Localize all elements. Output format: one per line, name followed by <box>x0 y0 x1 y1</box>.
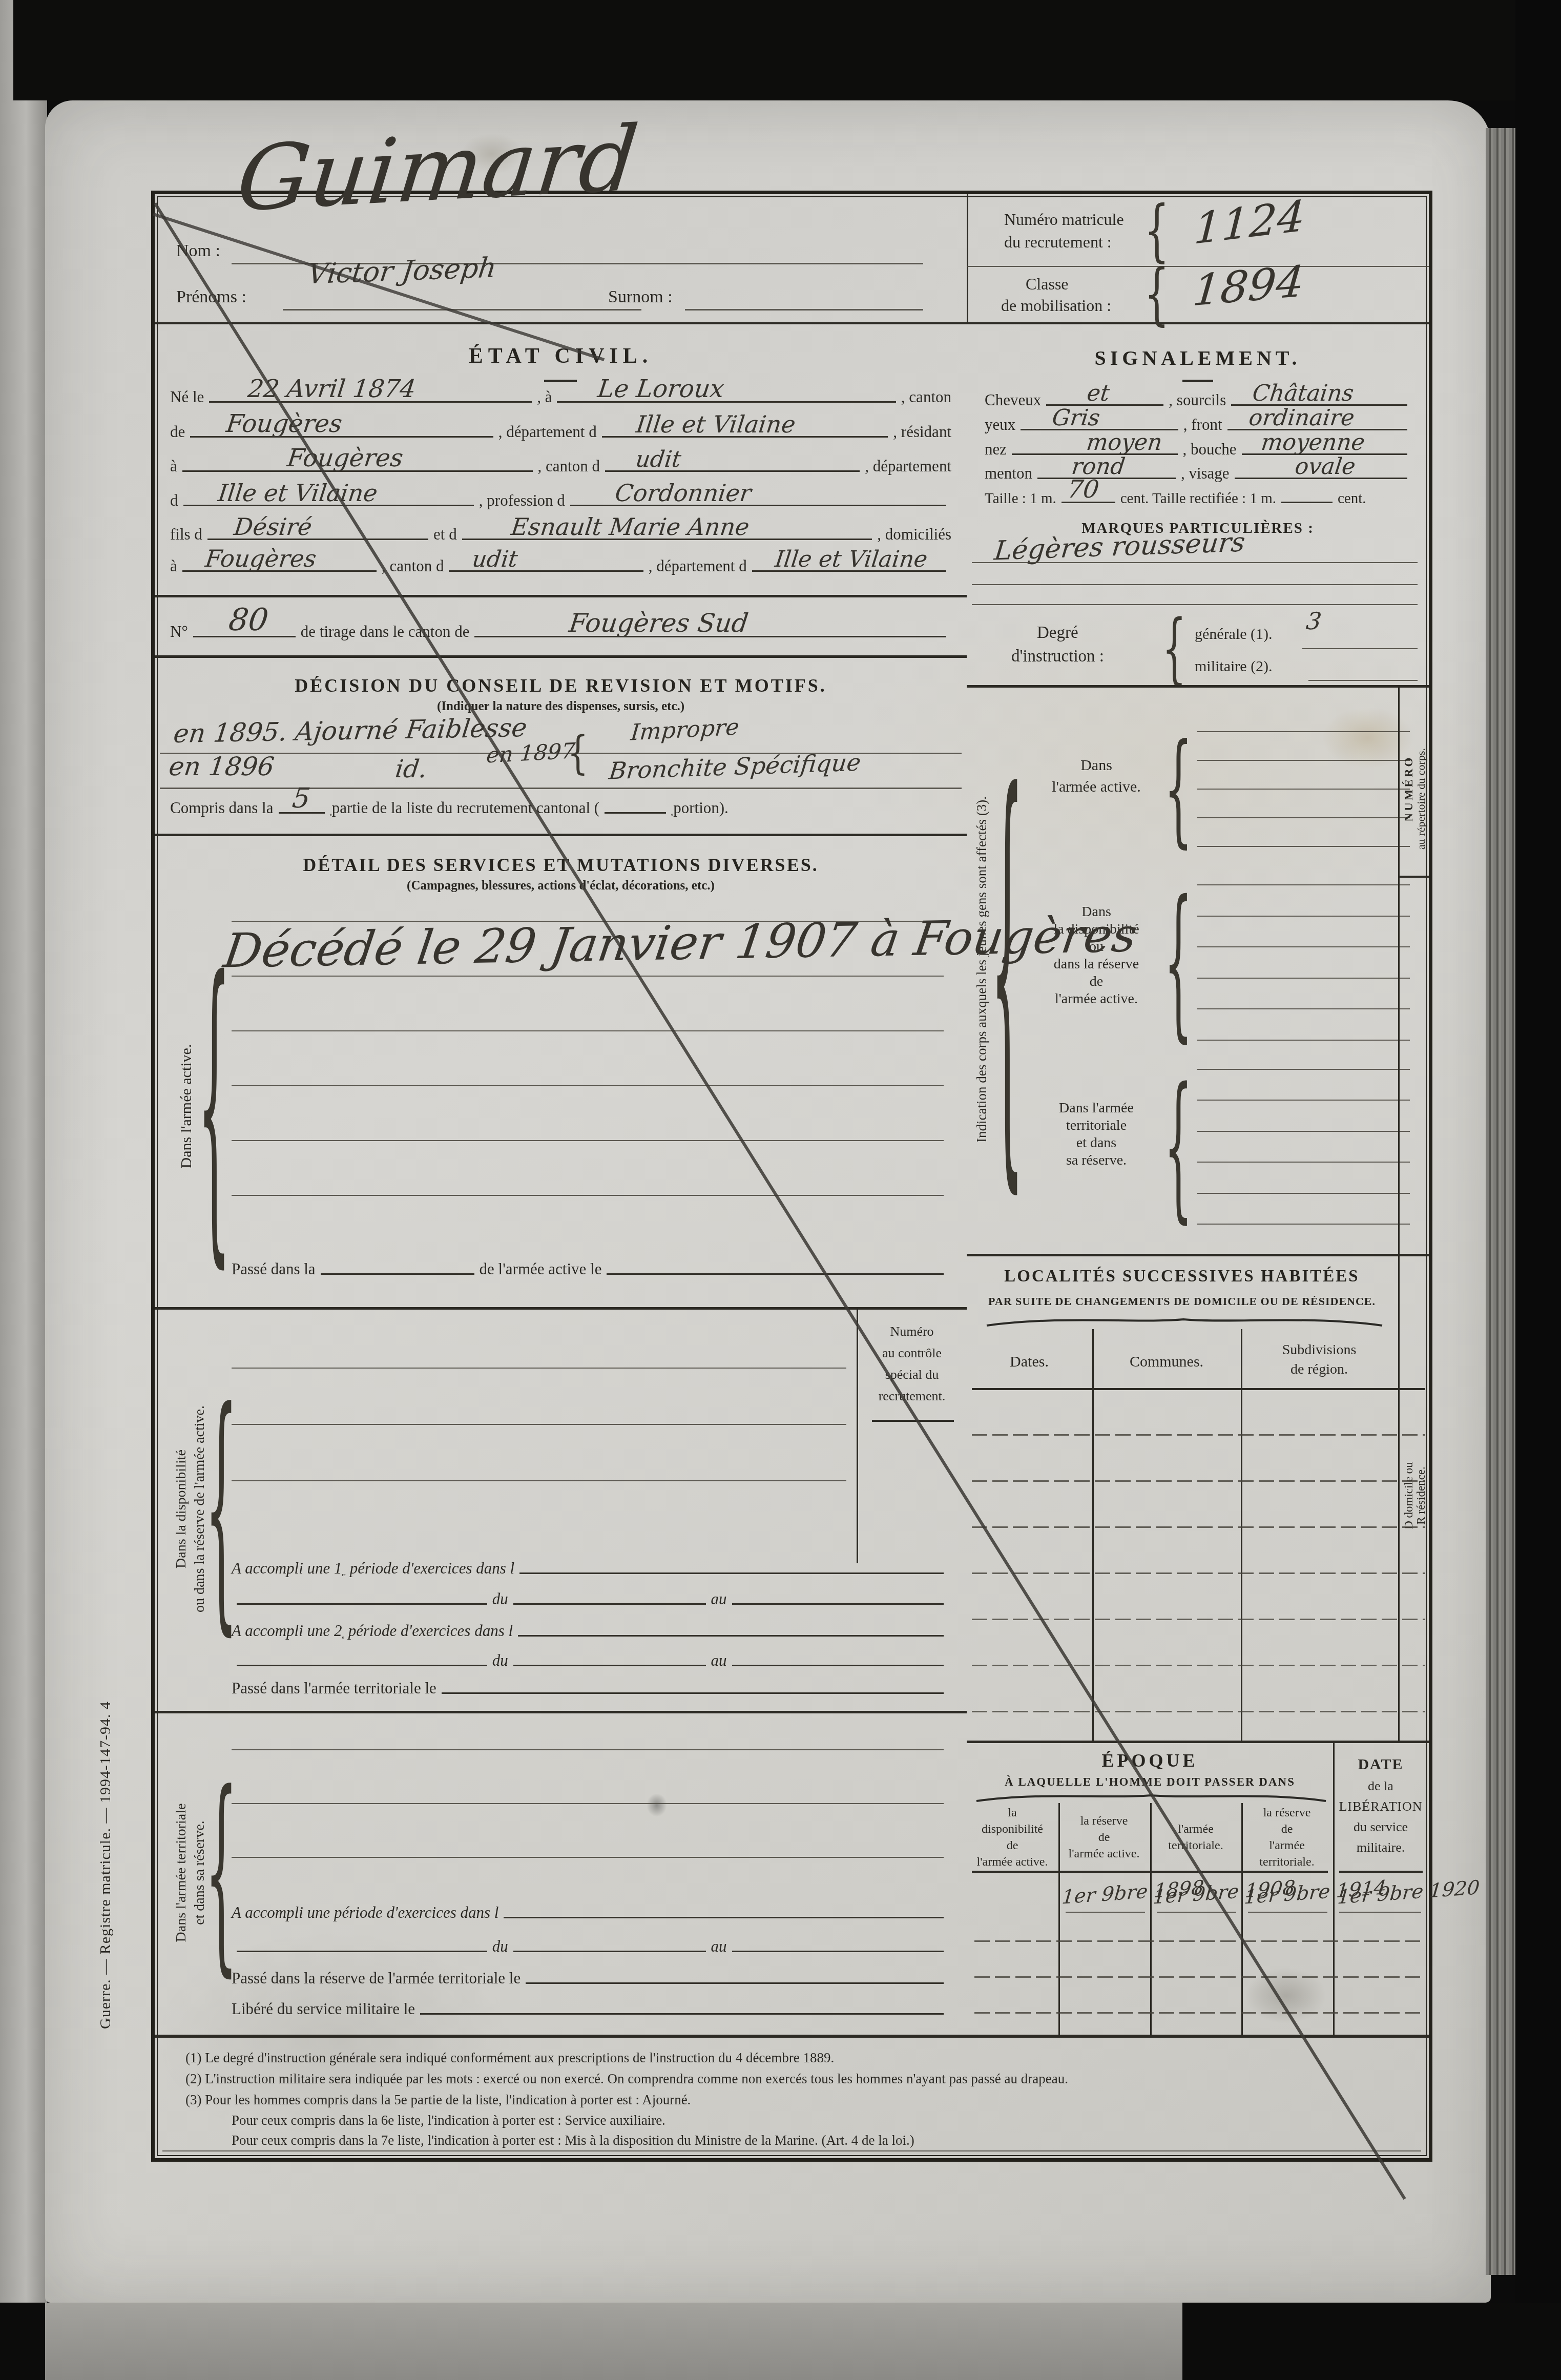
decision-subtitle: (Indiquer la nature des dispenses, sursi… <box>155 699 967 714</box>
brace-icon: { <box>1164 1067 1193 1225</box>
date-col-header: LIBÉRATION <box>1339 1799 1422 1814</box>
corps-line <box>1197 1224 1410 1225</box>
epoque-col-header: la réserve <box>1080 1814 1128 1828</box>
section-rule <box>155 655 967 658</box>
periode1-row: A accompli une 1re période d'exercices d… <box>232 1552 949 1578</box>
field-label: yeux <box>985 416 1015 434</box>
signalement-title: SIGNALEMENT. <box>967 346 1429 370</box>
field-label: au <box>711 1590 727 1608</box>
date-col-header: militaire. <box>1357 1840 1405 1855</box>
scanned-register-page: { "colors":{"paper":"#d3d2ce","printed_i… <box>0 0 1561 2380</box>
corps-line <box>1197 1040 1410 1041</box>
footnote: (3) Pour les hommes compris dans la 5e p… <box>185 2092 1405 2107</box>
epoque-row-line <box>974 2012 1421 2014</box>
services-title: DÉTAIL DES SERVICES ET MUTATIONS DIVERSE… <box>155 854 967 876</box>
corps-line <box>1197 1100 1410 1101</box>
footnote: Pour ceux compris dans la 7e liste, l'in… <box>232 2133 1405 2148</box>
superscript: re <box>342 1572 346 1578</box>
field-value: moyen <box>1085 429 1163 456</box>
localites-subtitle: PAR SUITE DE CHANGEMENTS DE DOMICILE OU … <box>967 1295 1397 1308</box>
field-line: Fougères <box>190 431 493 438</box>
etat-civil-row: Né le 22 Avril 1874 , à Le Loroux , cant… <box>170 378 951 406</box>
field-label: et d <box>433 526 457 544</box>
header-divider <box>967 194 968 323</box>
field-label: , canton d <box>382 557 444 575</box>
generale-line <box>1302 648 1418 649</box>
brace-icon: { <box>567 731 588 776</box>
field-value: Cordonnier <box>614 479 753 507</box>
field-line: 80 <box>193 631 296 637</box>
field-line <box>513 1598 706 1605</box>
field-label: , département d <box>498 423 597 441</box>
field-line: udit <box>605 465 860 472</box>
surnom-line <box>685 309 923 311</box>
footnote: Pour ceux compris dans la 6e liste, l'in… <box>232 2113 1405 2128</box>
field-label: Cheveux <box>985 391 1041 409</box>
decision-title: DÉCISION DU CONSEIL DE REVISION ET MOTIF… <box>155 675 967 696</box>
field-label: , département <box>865 458 951 475</box>
field-line <box>237 1598 487 1605</box>
g3-label: sa réserve. <box>1066 1152 1127 1168</box>
field-line: Le Loroux <box>557 396 896 403</box>
field-value: 80 <box>226 602 270 638</box>
field-label: période d'exercices dans l <box>346 1560 514 1578</box>
field-line <box>518 1630 944 1637</box>
corps-line <box>1197 1162 1410 1163</box>
brace-icon: { <box>991 744 1024 1195</box>
field-line: Ille et Vilaine <box>183 500 474 506</box>
field-line <box>607 1268 944 1275</box>
generale-value: 3 <box>1305 607 1323 635</box>
field-line: 70 <box>1062 496 1115 503</box>
field-label: , résidant <box>893 423 951 441</box>
epoque-col-header: l'armée active. <box>1069 1847 1140 1861</box>
localites-row-line <box>972 1526 1425 1528</box>
book-spine-edge <box>0 0 47 2380</box>
matricule-label: Numéro matricule <box>1004 211 1124 229</box>
field-label: d <box>170 492 178 510</box>
field-value: Fougères Sud <box>567 608 750 638</box>
field-line <box>504 1912 944 1918</box>
dispo-side-label: Dans la disponibilité <box>173 1450 190 1568</box>
field-label: à <box>170 557 177 575</box>
epoque-col-header: la <box>1008 1806 1016 1820</box>
field-label: Taille : 1 m. <box>985 490 1056 507</box>
services-subtitle: (Campagnes, blessures, actions d'éclat, … <box>155 879 967 893</box>
field-line <box>605 807 666 814</box>
numero-repertoire-label: NUMÉRO <box>1402 756 1416 822</box>
corps-line <box>1197 1008 1410 1009</box>
localites-row-line <box>972 1711 1425 1712</box>
du-au-row: du au <box>232 1645 949 1670</box>
field-label: cent. <box>1338 490 1366 507</box>
epoque-col-header: l'armée <box>1269 1839 1305 1853</box>
epoque-col-header: l'armée active. <box>977 1855 1048 1869</box>
date-col-header: DATE <box>1358 1756 1403 1773</box>
field-line: Esnault Marie Anne <box>462 533 872 540</box>
field-label: au <box>711 1938 727 1956</box>
field-value: Ille et Vilaine <box>634 410 797 438</box>
corps-line <box>1197 817 1410 818</box>
field-line <box>513 1660 706 1666</box>
field-value: Ille et Vilaine <box>774 546 929 572</box>
field-line: ovale <box>1235 472 1407 479</box>
field-value: udit <box>634 446 683 472</box>
localites-col-header: Dates. <box>1010 1353 1049 1371</box>
numero-repertoire-label2: au répertoire du corps. <box>1414 748 1428 850</box>
terr-periode-row: A accompli une période d'exercices dans … <box>232 1896 949 1922</box>
marques-line <box>972 562 1418 563</box>
etat-civil-row: à Fougères , canton d udit , département <box>170 447 951 475</box>
g3-label: et dans <box>1076 1135 1117 1151</box>
passe-reserve-row: Passé dans la réserve de l'armée territo… <box>232 1962 949 1988</box>
corps-line <box>1197 916 1410 917</box>
field-line: udit <box>449 565 643 572</box>
service-line <box>232 1195 944 1196</box>
brace-icon: { <box>198 942 231 1270</box>
field-value: udit <box>471 546 519 572</box>
prenoms-line <box>283 309 641 311</box>
field-label: Passé dans la <box>232 1260 316 1278</box>
brace-icon: { <box>1164 879 1193 1044</box>
localites-col-header: de région. <box>1291 1361 1348 1377</box>
corps-line <box>1197 1069 1410 1070</box>
epoque-col-header: l'armée <box>1178 1823 1214 1836</box>
corps-line <box>1197 789 1410 790</box>
field-label: fils d <box>170 526 202 544</box>
numero-strip-divider <box>1398 685 1400 1254</box>
corps-side-note: Indication des corps auxquels les jeunes… <box>974 796 990 1143</box>
passe-terr-row: Passé dans l'armée territoriale le <box>232 1672 949 1698</box>
field-label: Compris dans la <box>170 799 274 817</box>
degre-label: Degré <box>1037 624 1078 643</box>
service-line <box>232 1140 944 1141</box>
terr-line <box>232 1803 944 1804</box>
field-label: A accompli une période d'exercices dans … <box>232 1904 498 1922</box>
decision-entry: Impropre <box>630 714 740 746</box>
field-value: Ille et Vilaine <box>216 479 379 507</box>
localites-title: LOCALITÉS SUCCESSIVES HABITÉES <box>967 1267 1397 1286</box>
field-label: , front <box>1183 416 1222 434</box>
section-rule <box>155 834 967 836</box>
field-label: Passé dans la réserve de l'armée territo… <box>232 1970 521 1988</box>
passe-active-row: Passé dans la de l'armée active le <box>232 1252 949 1278</box>
localites-col-divider <box>1241 1329 1242 1741</box>
field-label: du <box>492 1652 508 1670</box>
epoque-col-header: territoriale. <box>1259 1855 1314 1869</box>
field-label: portion). <box>673 799 729 817</box>
field-value: Fougères <box>225 409 344 438</box>
footer-bottom-rule <box>162 2150 1421 2151</box>
field-label: , sourcils <box>1169 391 1226 409</box>
field-value: Désiré <box>232 513 313 541</box>
header-bottom-rule <box>155 322 1429 324</box>
field-label: , département d <box>649 557 747 575</box>
epoque-col-header: de <box>1098 1831 1110 1845</box>
field-label: Passé dans l'armée territoriale le <box>232 1680 436 1698</box>
field-line <box>732 1660 944 1666</box>
corps-line <box>1197 1131 1410 1132</box>
matricule-value: 1124 <box>1193 191 1306 254</box>
epoque-value-line <box>1066 1912 1145 1913</box>
nom-value: Guimard <box>233 107 643 232</box>
controle-label: au contrôle <box>882 1346 942 1360</box>
tirage-row: N° 80 de tirage dans le canton de Fougèr… <box>170 610 951 641</box>
section-rule <box>155 595 967 597</box>
surnom-label: Surnom : <box>608 287 673 307</box>
decision-entry: id. <box>394 755 429 783</box>
services-side-label: Dans l'armée active. <box>178 1044 195 1169</box>
field-label: période d'exercices dans l <box>344 1622 513 1640</box>
field-line <box>732 1946 944 1952</box>
field-value: 5 <box>290 782 312 814</box>
marques-line <box>972 584 1418 585</box>
field-line <box>237 1946 487 1952</box>
field-label: A accompli une 2 <box>232 1622 342 1640</box>
field-label: , visage <box>1181 465 1230 483</box>
matricule-label2: du recrutement : <box>1004 233 1112 252</box>
field-label: Né le <box>170 388 204 406</box>
corps-line <box>1197 884 1410 885</box>
field-label: du <box>492 1590 508 1608</box>
terr-side-label: Dans l'armée territoriale <box>173 1804 190 1942</box>
field-label: nez <box>985 441 1007 459</box>
footnote: (1) Le degré d'instruction générale sera… <box>185 2050 1405 2065</box>
decision-line <box>160 788 962 789</box>
brace-icon: { <box>1162 611 1187 688</box>
epoque-col-divider <box>1241 1803 1243 2035</box>
spine-caption: Guerre. — Registre matricule. — 1994-147… <box>97 1701 114 2029</box>
epoque-header-rule <box>972 1871 1328 1873</box>
epoque-col-divider <box>1058 1803 1060 2035</box>
date-col-header: du service <box>1354 1819 1408 1834</box>
field-line: Fougères Sud <box>474 631 946 637</box>
footer-top-rule <box>155 2035 1429 2038</box>
localites-col-divider <box>1092 1329 1094 1741</box>
residence-strip-divider <box>1398 1254 1400 1741</box>
du-au-row: du au <box>232 1931 949 1956</box>
militaire-label: militaire (2). <box>1195 658 1273 675</box>
g3-label: Dans l'armée <box>1059 1100 1134 1116</box>
ornament-brace <box>985 1314 1384 1328</box>
field-value: Châtains <box>1251 380 1355 406</box>
section-rule <box>967 1254 1429 1256</box>
localites-col-header: Communes. <box>1130 1353 1203 1371</box>
field-label: de tirage dans le canton de <box>301 623 470 641</box>
section-rule <box>155 1711 967 1713</box>
field-line <box>321 1268 474 1275</box>
corps-line <box>1197 946 1410 947</box>
footnote: (2) L'instruction militaire sera indiqué… <box>185 2071 1405 2086</box>
field-line: Ille et Vilaine <box>752 565 946 572</box>
field-value: moyenne <box>1260 429 1366 456</box>
date-col-header: de la <box>1368 1778 1393 1793</box>
field-line: rond <box>1037 472 1176 479</box>
periode2-row: A accompli une 2e période d'exercices da… <box>232 1615 949 1640</box>
localites-row-line <box>972 1480 1425 1482</box>
numero-strip-rule <box>1398 876 1429 878</box>
epoque-col-header: territoriale. <box>1168 1839 1223 1853</box>
field-value: Gris <box>1051 405 1101 431</box>
residence-side-label2: R résidence. <box>1414 1466 1428 1525</box>
field-label: Libéré du service militaire le <box>232 2000 415 2018</box>
etat-civil-row: fils d Désiré et d Esnault Marie Anne , … <box>170 515 951 544</box>
epoque-col-header: de <box>1281 1823 1293 1836</box>
field-label: du <box>492 1938 508 1956</box>
etat-civil-row: d Ille et Vilaine , profession d Cordonn… <box>170 481 951 510</box>
field-label: de l'armée active le <box>480 1260 602 1278</box>
field-label: menton <box>985 465 1032 483</box>
corps-line <box>1197 978 1410 979</box>
field-label: , profession d <box>479 492 565 510</box>
classe-label2: de mobilisation : <box>1001 297 1111 315</box>
epoque-value-line <box>1339 1912 1421 1913</box>
field-label: , domiciliés <box>877 526 951 544</box>
field-line: Ille et Vilaine <box>602 431 888 438</box>
field-label: de <box>170 423 185 441</box>
field-value: Le Loroux <box>596 375 725 403</box>
field-line <box>442 1687 944 1694</box>
marques-line <box>972 604 1418 605</box>
page-stack-edge <box>1486 128 1517 2275</box>
field-line <box>237 1660 487 1666</box>
field-label: , bouche <box>1183 441 1237 459</box>
epoque-col-divider <box>1150 1803 1152 2035</box>
etat-civil-row: à Fougères , canton d udit , département… <box>170 547 951 575</box>
degre-label2: d'instruction : <box>1011 647 1104 666</box>
corps-line <box>1197 1193 1410 1194</box>
terr-line <box>232 1749 944 1750</box>
field-value: Fougères <box>204 545 318 572</box>
epoque-subtitle: À LAQUELLE L'HOMME DOIT PASSER DANS <box>967 1775 1333 1789</box>
residence-side-label: D domicile ou <box>1402 1462 1416 1529</box>
decision-entry: en 1896 <box>167 752 276 781</box>
compris-row: Compris dans la 5 e partie de la liste d… <box>170 792 951 817</box>
field-value: 70 <box>1066 475 1101 504</box>
field-label: cent. Taille rectifiée : 1 m. <box>1120 490 1276 507</box>
field-line: Désiré <box>207 533 428 540</box>
g1-label: l'armée active. <box>1052 778 1141 796</box>
localites-header-rule <box>972 1388 1425 1390</box>
field-line: 5 <box>279 807 325 814</box>
epoque-row-line <box>974 1940 1421 1942</box>
field-value: Esnault Marie Anne <box>509 513 751 541</box>
localites-row-line <box>972 1665 1425 1666</box>
controle-label: recrutement. <box>879 1389 946 1403</box>
brace-icon: { <box>1144 261 1169 328</box>
controle-divider <box>857 1307 858 1563</box>
title-dash <box>1182 380 1213 382</box>
localites-row-line <box>972 1572 1425 1574</box>
service-line <box>232 1030 944 1031</box>
epoque-col-header: de <box>1007 1839 1018 1853</box>
field-label: N° <box>170 623 188 641</box>
field-value: ovale <box>1294 453 1357 480</box>
epoque-row-line <box>974 1976 1421 1978</box>
epoque-header-rule <box>1339 1871 1423 1873</box>
field-label: A accompli une 1 <box>232 1560 342 1578</box>
scanner-bed-strip <box>45 2303 1182 2380</box>
field-line: Cordonnier <box>570 500 946 506</box>
field-label: partie de la liste du recrutement canton… <box>332 799 599 817</box>
du-au-row: du au <box>232 1584 949 1608</box>
signalement-row: menton rond , visage ovale <box>985 457 1412 483</box>
field-value: Fougères <box>285 444 404 472</box>
localites-row-line <box>972 1434 1425 1436</box>
field-value: et <box>1086 380 1111 406</box>
dispo-line <box>232 1368 846 1369</box>
field-label: , à <box>537 388 552 406</box>
field-line <box>526 1977 944 1984</box>
field-line <box>1281 496 1333 503</box>
localites-col-header: Subdivisions <box>1282 1342 1357 1358</box>
field-label: à <box>170 458 177 475</box>
field-label: , canton d <box>538 458 600 475</box>
field-line <box>420 2008 944 2015</box>
g3-label: territoriale <box>1066 1117 1127 1133</box>
epoque-title: ÉPOQUE <box>967 1750 1333 1771</box>
photo-black-top <box>13 0 1561 100</box>
field-line: Fougères <box>182 465 533 472</box>
field-line: Fougères <box>182 565 377 572</box>
corps-line <box>1197 731 1410 732</box>
controle-label: Numéro <box>890 1324 933 1339</box>
matricule-form: Nom : Guimard Prénoms : Victor Joseph Su… <box>151 191 1432 2162</box>
section-rule <box>967 685 1429 688</box>
libere-row: Libéré du service militaire le <box>232 1993 949 2018</box>
field-label: , canton <box>901 388 951 406</box>
g2-label: de <box>1090 974 1103 989</box>
field-line <box>519 1567 944 1574</box>
classe-label: Classe <box>1026 275 1069 294</box>
terr-line <box>232 1857 944 1858</box>
field-line: 22 Avril 1874 <box>209 396 532 403</box>
field-line <box>513 1946 706 1952</box>
field-line <box>732 1598 944 1605</box>
corps-line <box>1197 760 1410 761</box>
dispo-line <box>232 1480 846 1481</box>
g2-label: l'armée active. <box>1055 991 1138 1007</box>
epoque-col-header: la réserve <box>1263 1806 1311 1820</box>
corps-line <box>1197 846 1410 847</box>
dispo-line <box>232 1424 846 1425</box>
epoque-value-line <box>1248 1912 1327 1913</box>
field-label: au <box>711 1652 727 1670</box>
photo-black-right <box>1515 0 1561 2380</box>
section-rule <box>967 1741 1429 1743</box>
controle-underline <box>872 1420 954 1422</box>
g1-label: Dans <box>1080 757 1112 774</box>
militaire-line <box>1308 680 1418 681</box>
epoque-col-header: disponibilité <box>982 1823 1043 1836</box>
service-line <box>232 1085 944 1086</box>
taille-row: Taille : 1 m. 70 cent. Taille rectifiée … <box>985 481 1412 507</box>
field-value: ordinaire <box>1247 405 1356 431</box>
classe-value: 1894 <box>1191 256 1306 316</box>
generale-label: générale (1). <box>1195 626 1273 643</box>
brace-icon: { <box>1164 728 1193 850</box>
